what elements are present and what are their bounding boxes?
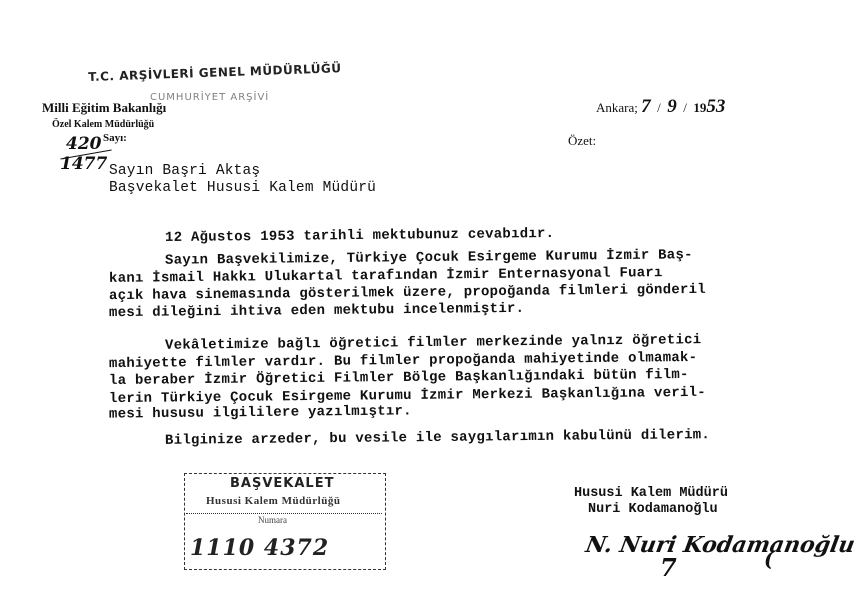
dateline-year-prefix: 19 [693,100,706,115]
receipt-stamp-subtitle: Hususi Kalem Müdürlüğü [206,495,340,507]
dateline-year-suffix: 53 [706,96,725,117]
body-line: 12 Ağustos 1953 tarihli mektubunuz cevab… [165,226,554,246]
ministry-name: Milli Eğitim Bakanlığı [42,100,166,116]
ozet-label: Özet: [568,133,596,149]
body-line: mesi hususu ilgililere yazılmıştır. [109,403,412,422]
handwritten-mark: 7 [660,553,677,582]
signatory-title: Hususi Kalem Müdürü [574,486,728,501]
office-name: Özel Kalem Müdürlüğü [52,119,154,130]
dateline-sep-1: / [657,100,661,115]
addressee-name: Sayın Başri Aktaş [109,163,260,179]
addressee-title: Başvekalet Hususi Kalem Müdürü [109,180,376,196]
dateline: Ankara; 7 / 9 / 1953 [596,96,725,118]
dateline-sep-2: / [683,100,687,115]
receipt-stamp-handwritten-number: 1110 4372 [190,535,329,561]
handwritten-mark-2: ( [764,547,773,571]
receipt-stamp-title: BAŞVEKALET [230,476,334,491]
receipt-stamp-divider [186,513,382,514]
dateline-month: 9 [667,96,677,117]
signatory-name: Nuri Kodamanoğlu [588,502,718,517]
dateline-place: Ankara; [596,100,638,115]
dateline-day: 7 [641,96,651,117]
reference-number: 420 1477 [60,136,112,173]
handwritten-signature: N. Nuri Kodamanoğlu [584,532,854,558]
reference-number-bottom: 1477 [60,156,112,173]
archive-stamp: T.C. ARŞİVLERİ GENEL MÜDÜRLÜĞÜ [88,61,342,84]
archive-stamp-subtitle: CUMHURİYET ARŞİVİ [150,92,269,103]
receipt-stamp-number-label: Numara [258,515,287,525]
body-line: Bilginize arzeder, bu vesile ile saygıla… [165,427,710,449]
